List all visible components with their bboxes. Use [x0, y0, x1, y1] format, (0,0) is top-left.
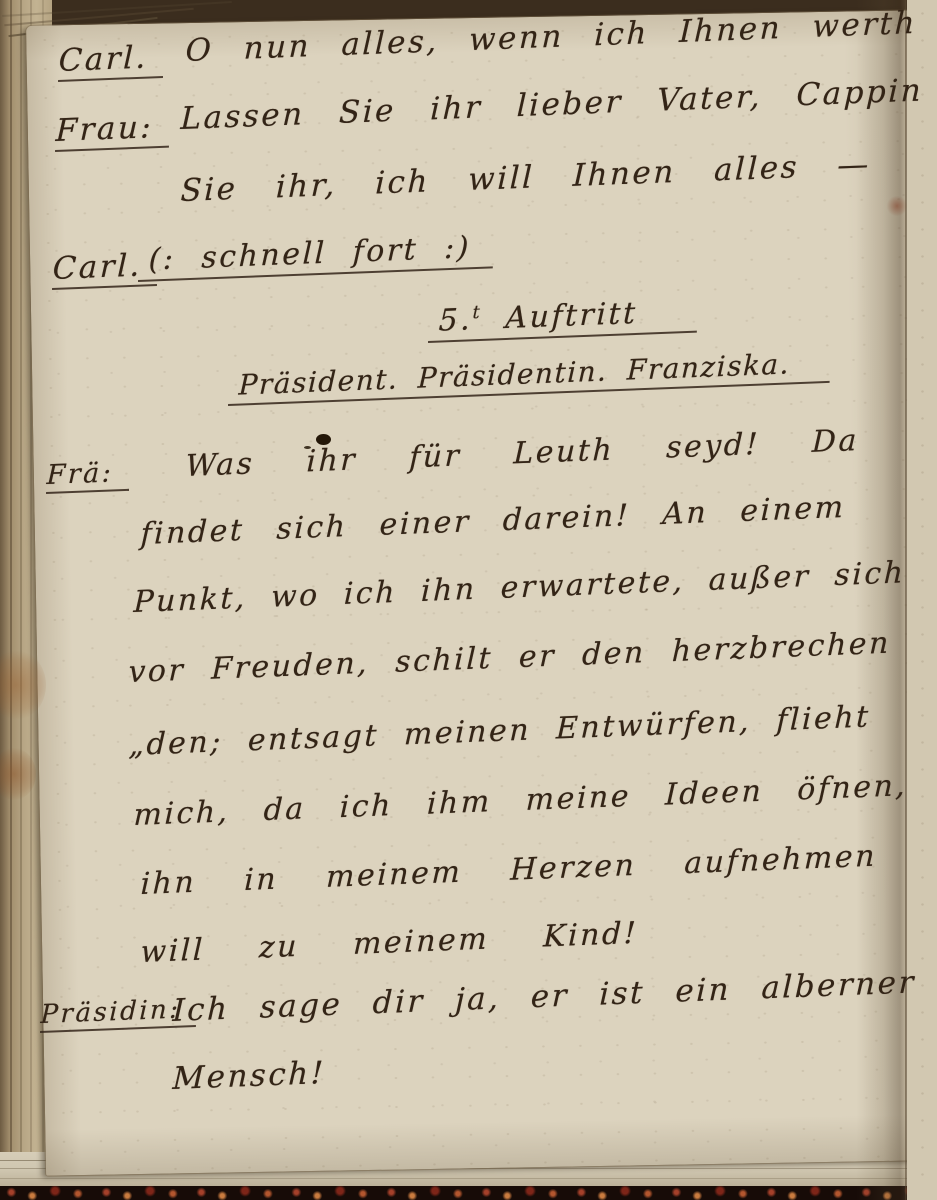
marbled-book-edge: [0, 1186, 937, 1200]
page-edge-streak: [10, 0, 12, 1200]
scene-title: Auftritt: [479, 296, 638, 337]
speech-line: Mensch!: [172, 1058, 326, 1095]
speaker-label: Frau:: [55, 112, 170, 152]
manuscript-scan: Carl. O nun alles, wenn ich Ihnen werth …: [0, 0, 937, 1200]
stain: [886, 196, 908, 216]
page-edge-line: [0, 1178, 937, 1179]
page-edge-streak: [20, 0, 22, 1200]
scene-number: 5.: [438, 302, 473, 338]
under-page-edge: [907, 0, 937, 1200]
speaker-label: Carl.: [58, 42, 164, 82]
speaker-label: Frä:: [46, 459, 130, 494]
